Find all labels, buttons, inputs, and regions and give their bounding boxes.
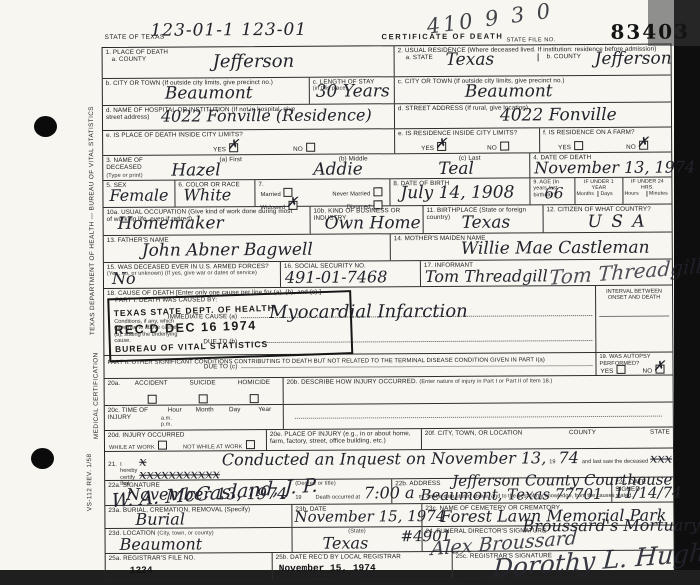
farm-yes-group: YES [558, 141, 585, 152]
never-married-label: Never Married [332, 192, 370, 198]
field-sex: 5. SEX Female [103, 181, 175, 207]
county-value: Jefferson [213, 53, 295, 71]
field-date-of-death: 4. DATE OF DEATH November 13, 1974 [530, 153, 671, 178]
field-birthplace: 11. BIRTHPLACE (State or foreign country… [424, 205, 544, 233]
name-label: 3. NAME OF DECEASED [106, 157, 143, 172]
field-injury-occurred: 20d. INJURY OCCURRED WHILE AT WORK NOT W… [105, 430, 267, 451]
field-burial-location-city: 23d. LOCATION (City, town, or county) Be… [105, 528, 292, 553]
suicide-checkbox [199, 395, 208, 404]
accident-label: ACCIDENT [126, 380, 177, 388]
death-city-yes-group: YES [213, 143, 240, 154]
field-if-under-1-year: IF UNDER 1 YEAR Months Days [575, 178, 623, 204]
under-1-year-label: IF UNDER 1 YEAR [576, 179, 621, 192]
field-length-of-stay: c. LENGTH OF STAY (in this place) 30 Yea… [310, 77, 395, 104]
yes-label: YES [421, 145, 434, 152]
ssn-value: 491-01-7468 [285, 269, 388, 286]
interval-label: INTERVAL BETWEEN ONSET AND DEATH [599, 289, 669, 302]
death-city-no-checkbox [306, 143, 315, 152]
accident-checkbox [147, 395, 156, 404]
residence-city-value: Beaumont [465, 83, 553, 101]
name-label-block: 3. NAME OF DECEASED(Type or print) [106, 157, 168, 180]
yes-label: YES [558, 144, 571, 151]
field-residence-on-farm: f. IS RESIDENCE ON A FARM? YES NO [540, 128, 671, 153]
never-married-option: Never Married [332, 188, 384, 199]
field-city-or-town: b. CITY OR TOWN (If outside city limits,… [103, 78, 310, 105]
field-citizen-of-what-country: 12. CITIZEN OF WHAT COUNTRY? U S A [544, 205, 672, 233]
certify-handwritten-1: Conducted an Inquest on November 13, [222, 450, 547, 468]
registrar-file-no-label: 25a. REGISTRAR'S FILE NO. [109, 554, 269, 562]
fathers-name-value: John Abner Bagwell [142, 242, 313, 260]
res-city-yes-checkbox [437, 142, 446, 151]
certify-post1: and last saw the deceased [582, 459, 648, 466]
autopsy-yes-checkbox [616, 365, 625, 374]
field-residence-state: a. STATE Texas [398, 54, 538, 62]
not-while-at-work-checkbox [245, 440, 254, 449]
never-married-checkbox [373, 188, 382, 197]
field-kind-of-business: 10b. KIND OF BUSINESS OR INDUSTRY Own Ho… [311, 206, 424, 234]
date-received-label: 25b. DATE REC'D BY LOCAL REGISTRAR [276, 553, 449, 561]
burial-location-city-value: Beaumont [120, 536, 203, 553]
city-or-town-value: Beaumont [165, 85, 253, 103]
field-certifier-address: 22b. ADDRESS Jefferson County Courthouse… [392, 478, 612, 503]
field-certifier-signature: 22a. SIGNATURE (Degree or title) W. A. M… [105, 479, 392, 505]
race-value: White [183, 187, 231, 203]
manner-number: 20a. [108, 380, 126, 388]
field-death-inside-city-limits: e. IS PLACE OF DEATH INSIDE CITY LIMITS?… [103, 129, 395, 155]
field-place-of-death-county: 1. PLACE OF DEATH a. COUNTY Jefferson [103, 46, 395, 78]
date-of-death-value: November 13, 1974 [534, 159, 695, 176]
pm-label: p.m. [161, 422, 172, 429]
no-label: NO [293, 146, 303, 153]
residence-inside-city-limits-label: e. IS RESIDENCE INSIDE CITY LIMITS? [398, 129, 536, 137]
place-of-injury-label: 20e. PLACE OF INJURY (e.g., in or about … [270, 430, 418, 446]
res-city-no-checkbox [500, 142, 509, 151]
year-label: Year [250, 406, 280, 421]
left-margin-form-code: VS-112 REV. 1/58 [86, 433, 93, 511]
field-registrar-file-no: 25a. REGISTRAR'S FILE NO. 1224 [106, 553, 273, 580]
field-residence-inside-city-limits: e. IS RESIDENCE INSIDE CITY LIMITS? YES … [395, 128, 540, 153]
state-file-no-label: STATE FILE NO. [506, 37, 555, 43]
stamp-line3: BUREAU OF VITAL STATISTICS [115, 339, 269, 354]
field-color-or-race: 6. COLOR OR RACE White [175, 180, 255, 206]
month-label: Month [190, 406, 220, 421]
certify-year: 74 [558, 450, 578, 466]
field-date-of-birth: 8. DATE OF BIRTH July 14, 1908 [390, 178, 530, 205]
field-name-of-deceased: 3. NAME OF DECEASED(Type or print) (a) F… [103, 153, 530, 180]
occupation-value: Homemaker [118, 215, 224, 233]
armed-forces-value: No [112, 271, 136, 287]
date-received-value: November 15, 1974 [279, 562, 376, 574]
how-injury-sub: (Enter nature of injury in Part I or Par… [419, 378, 552, 385]
married-label: Married [260, 192, 280, 198]
field-usual-residence: 2. USUAL RESIDENCE (Where deceased lived… [395, 45, 671, 77]
injury-city-label: 20f. CITY, TOWN, OR LOCATION [425, 429, 545, 437]
hours-label: Hours [624, 191, 647, 197]
residence-state-value: Texas [446, 52, 495, 69]
injury-state-label: STATE [620, 429, 670, 437]
yes-label: YES [213, 146, 226, 153]
certificate-form: 1. PLACE OF DEATH a. COUNTY Jefferson 2.… [102, 44, 675, 581]
farm-no-group: NO [626, 141, 650, 152]
field-place-of-injury: 20e. PLACE OF INJURY (e.g., in or about … [267, 429, 422, 450]
registrar-file-no-value: 1224 [130, 565, 153, 576]
street-address-value: 4022 Fonville [500, 107, 617, 125]
field-manner-accident-suicide-homicide: 20a. ACCIDENT SUICIDE HOMICIDE [105, 378, 284, 405]
field-autopsy: 19. WAS AUTOPSY PERFORMED? YES NO [596, 353, 672, 375]
death-inside-city-limits-label: e. IS PLACE OF DEATH INSIDE CITY LIMITS? [106, 130, 391, 139]
field-injury-continuation [284, 403, 673, 429]
farm-yes-checkbox [574, 141, 583, 150]
while-at-work-checkbox [158, 441, 167, 450]
days-label: Days [598, 191, 621, 197]
field-date-received-by-registrar: 25b. DATE REC'D BY LOCAL REGISTRAR Novem… [273, 552, 453, 579]
residence-county-value: Jefferson [595, 51, 672, 68]
how-injury-main: 20b. DESCRIBE HOW INJURY OCCURRED. [287, 378, 418, 386]
state-file-number: 83403 [610, 19, 690, 43]
while-at-work-label: WHILE AT WORK [109, 445, 155, 451]
certifier-address-line2: Beaumont, Texas 77701 [420, 487, 602, 503]
death-certificate-scan: TEXAS DEPARTMENT OF HEALTH — BUREAU OF V… [0, 0, 700, 585]
field-mothers-maiden-name: 14. MOTHER'S MAIDEN NAME Willie Mae Cast… [391, 233, 672, 261]
left-margin-medical-certification-text: MEDICAL CERTIFICATION [92, 343, 100, 439]
minutes-label: Minutes [647, 191, 671, 197]
length-of-stay-value: 30 Years [316, 83, 390, 100]
residence-on-farm-label: f. IS RESIDENCE ON A FARM? [543, 129, 668, 137]
certify-struck-2: xxx [650, 453, 672, 466]
injury-occurred-label: 20d. INJURY OCCURRED [108, 431, 263, 439]
no-label: NO [487, 145, 497, 152]
field-age: 9. AGE (In years last birthday) 66 [530, 178, 575, 204]
death-city-no-group: NO [293, 143, 317, 154]
field-hospital-or-institution: d. NAME OF HOSPITAL OR INSTITUTION (If n… [103, 104, 395, 130]
field-marital-status: 7. Married Never Married Widowed Divorce… [255, 179, 390, 206]
while-at-work-option: WHILE AT WORK [109, 441, 169, 452]
no-label: NO [626, 144, 636, 151]
field-time-of-injury: 20c. TIME OF INJURY Hour Month Day Year … [105, 405, 284, 430]
field-describe-how-injury: 20b. DESCRIBE HOW INJURY OCCURRED. (Ente… [284, 376, 673, 404]
middle-name-value: Addie [313, 161, 363, 178]
res-city-yes-group: YES [421, 142, 448, 153]
date-of-birth-value: July 14, 1908 [400, 185, 514, 203]
last-name-value: Teal [438, 161, 474, 178]
left-margin-agency-text: TEXAS DEPARTMENT OF HEALTH — BUREAU OF V… [88, 59, 97, 335]
field-injury-city-county-state: 20f. CITY, TOWN, OR LOCATION COUNTY STAT… [422, 428, 673, 450]
field-cause-of-death: 18. CAUSE OF DEATH [Enter only one cause… [104, 286, 596, 355]
field-armed-forces: 15. WAS DECEASED EVER IN U.S. ARMED FORC… [104, 262, 281, 288]
name-sub-label: (Type or print) [106, 173, 142, 179]
birthplace-value: Texas [462, 215, 511, 232]
autopsy-no-group: NO [642, 365, 666, 376]
field-street-address: d. STREET ADDRESS (If rural, give locati… [395, 103, 671, 129]
field-usual-occupation: 10a. USUAL OCCUPATION (Give kind of work… [104, 207, 311, 235]
no-label: NO [643, 368, 653, 375]
farm-no-checkbox [639, 141, 648, 150]
months-label: Months [576, 191, 598, 197]
interval-rule [599, 315, 669, 316]
homicide-label: HOMICIDE [228, 379, 279, 387]
sex-value: Female [109, 188, 168, 204]
field-interval-onset-death: INTERVAL BETWEEN ONSET AND DEATH [596, 286, 672, 352]
field-fathers-name: 13. FATHER'S NAME John Abner Bagwell [104, 234, 391, 262]
burial-location-state-value: Texas [323, 535, 369, 551]
business-value: Own Home [325, 215, 421, 233]
immediate-cause-value: Myocardial Infarction [269, 303, 468, 322]
how-injury-label: 20b. DESCRIBE HOW INJURY OCCURRED. (Ente… [287, 377, 670, 387]
autopsy-no-checkbox [655, 365, 664, 374]
res-city-no-group: NO [487, 142, 511, 153]
certify-number: 21. [108, 461, 120, 468]
field-residence-city: c. CITY OR TOWN (If outside city limits,… [395, 76, 671, 104]
informant-value: Tom Threadgill [425, 268, 548, 285]
under-24-hrs-label: IF UNDER 24 HRS. [624, 179, 670, 192]
hospital-value: 4022 Fonville (Residence) [161, 107, 372, 124]
certify-struck-text: x xxxxxxxxxxx [139, 455, 220, 481]
mothers-maiden-name-value: Willie Mae Castleman [461, 240, 650, 258]
first-name-value: Hazel [171, 162, 221, 179]
homicide-checkbox [250, 394, 259, 403]
day-label: Day [220, 406, 250, 421]
field-social-security-no: 16. SOCIAL SECURITY NO. 491-01-7468 [281, 261, 421, 287]
injury-continuation-line [295, 404, 662, 419]
citizen-value: U S A [588, 214, 647, 231]
death-city-yes-checkbox [229, 143, 238, 152]
burial-value: Burial [135, 512, 185, 528]
local-file-numbers-handwritten: 123-01-1 123-01 [150, 22, 307, 40]
time-of-injury-label: 20c. TIME OF INJURY [108, 407, 160, 422]
field-residence-county: b. COUNTY Jefferson [538, 53, 668, 61]
field-informant: 17. INFORMANT Tom Threadgill Tom Threadg… [421, 260, 672, 287]
age-value: 66 [544, 186, 563, 201]
yes-label: YES [601, 368, 614, 375]
autopsy-yes-group: YES [600, 365, 627, 376]
field-burial-date: 23b. DATE November 15, 1974 [292, 504, 422, 527]
field-if-under-24-hrs: IF UNDER 24 HRS. Hours Minutes [623, 178, 671, 204]
suicide-label: SUICIDE [177, 379, 228, 387]
certify-19: 19 [549, 459, 555, 465]
stamp-line1: TEXAS STATE DEPT. OF HEALTH [114, 303, 275, 318]
injury-county-label: COUNTY [545, 429, 620, 437]
